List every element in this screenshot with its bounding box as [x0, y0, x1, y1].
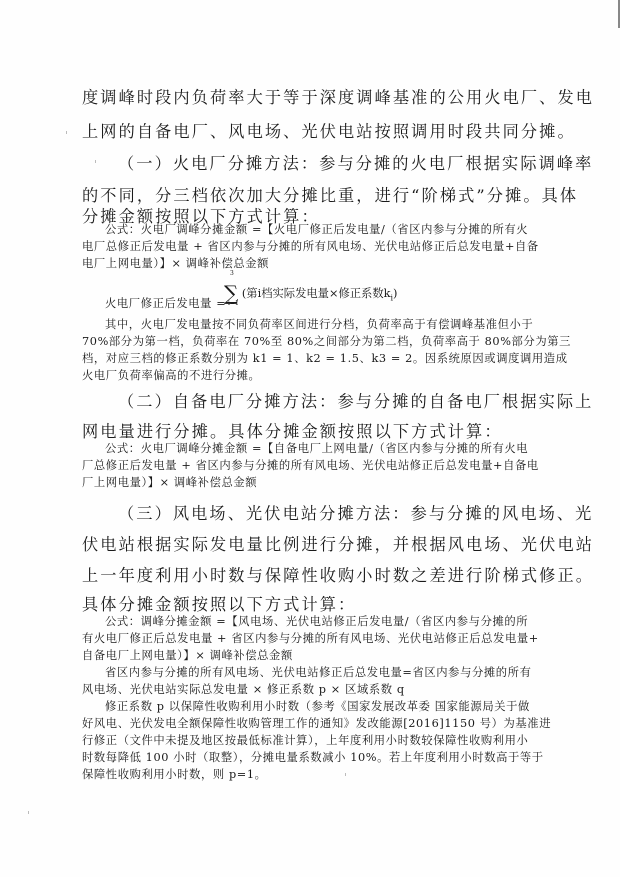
formula-text-line: 公式：调峰分摊金额 =【风电场、光伏电站修正后发电量/（省区内参与分摊的所 — [105, 613, 528, 629]
formula-text-line: 火电厂修正后发电量 = — [105, 295, 226, 311]
scan-speck — [28, 811, 29, 814]
formula-text-line: 电厂总修正后发电量 + 省区内参与分摊的所有风电场、光伏电站修正后总发电量+自备 — [82, 238, 539, 254]
formula-text-line: 公式：火电厂调峰分摊金额 =【火电厂修正后发电量/（省区内参与分摊的所有火 — [105, 221, 528, 237]
body-text-line: （三）风电场、光伏电站分摊方法：参与分摊的风电场、光 — [118, 500, 593, 524]
body-text-line: 上网的自备电厂、风电场、光伏电站按照调用时段共同分摊。 — [82, 118, 576, 142]
formula-text-line: 公式：火电厂调峰分摊金额 =【自备电厂上网电量/（省区内参与分摊的所有火电 — [105, 440, 528, 456]
formula-text-line: 风电场、光伏电站实际总发电量 × 修正系数 p × 区域系数 q — [82, 681, 405, 697]
document-page: 度调峰时段内负荷率大于等于深度调峰基准的公用火电厂、发电上网的自备电厂、风电场、… — [0, 0, 620, 877]
formula-text-line: 其中，火电厂发电量按不同负荷率区间进行分档，负荷率高于有偿调峰基准但小于 — [105, 316, 533, 332]
body-text-line: 具体分摊金额按照以下方式计算： — [82, 591, 356, 615]
formula-text-line: 好风电、光伏发电全额保障性收购管理工作的通知》发改能源[2016]1150 号）… — [82, 715, 551, 731]
summation-formula: ∑ 3 i=1 (第i档实际发电量×修正系数ki) — [224, 278, 397, 302]
scan-speck — [345, 773, 346, 776]
formula-text-line: 行修正（文件中未提及地区按最低标准计算），上年度利用小时数较保障性收购利用小 — [82, 732, 528, 748]
body-text-line: 伏电站根据实际发电量比例进行分摊，并根据风电场、光伏电站 — [82, 531, 594, 555]
summand-close: ) — [393, 287, 397, 300]
body-text-line: 上一年度利用小时数与保障性收购小时数之差进行阶梯式修正。 — [82, 562, 594, 586]
sigma-upper-limit: 3 — [230, 270, 234, 277]
formula-text-line: 修正系数 p 以保障性收购利用小时数（参考《国家发展改革委 国家能源局关于做 — [105, 698, 530, 714]
summand-text: (第i档实际发电量×修正系数k — [242, 287, 391, 300]
body-text-line: 网电量进行分摊。具体分摊金额按照以下方式计算： — [82, 418, 503, 442]
formula-text-line: 档，对应三档的修正系数分别为 k1 = 1、k2 = 1.5、k3 = 2。因系… — [82, 350, 568, 366]
formula-text-line: 70%部分为第一档，负荷率在 70%至 80%之间部分为第二档，负荷率高于 80… — [82, 333, 571, 349]
body-text-line: （一）火电厂分摊方法：参与分摊的火电厂根据实际调峰率 — [118, 150, 593, 174]
formula-text-line: 电厂上网电量）】× 调峰补偿总金额 — [82, 255, 269, 271]
body-text-line: 度调峰时段内负荷率大于等于深度调峰基准的公用火电厂、发电 — [82, 84, 594, 108]
formula-text-line: 保障性收购利用小时数，则 p=1。 — [82, 766, 267, 782]
formula-text-line: 时数每降低 100 小时（取整），分摊电量系数减小 10%。若上年度利用小时数高… — [82, 749, 544, 765]
formula-text-line: 厂上网电量）】× 调峰补偿总金额 — [82, 474, 257, 490]
formula-text-line: 有火电厂修正后总发电量 + 省区内参与分摊的所有风电场、光伏电站修正后总发电量+ — [82, 630, 539, 646]
sigma-lower-limit: i=1 — [228, 300, 239, 307]
formula-text-line: 省区内参与分摊的所有风电场、光伏电站修正后总发电量=省区内参与分摊的所有 — [105, 664, 531, 680]
body-text-line: （二）自备电厂分摊方法：参与分摊的自备电厂根据实际上 — [118, 388, 593, 412]
formula-text-line: 自备电厂上网电量）】× 调峰补偿总金额 — [82, 647, 293, 663]
formula-text-line: 厂总修正后发电量 + 省区内参与分摊的所有风电场、光伏电站修正后总发电量+自备电 — [82, 457, 539, 473]
scan-speck — [95, 160, 96, 163]
formula-text-line: 火电厂负荷率偏高的不进行分摊。 — [82, 367, 260, 383]
scan-speck — [66, 131, 67, 134]
